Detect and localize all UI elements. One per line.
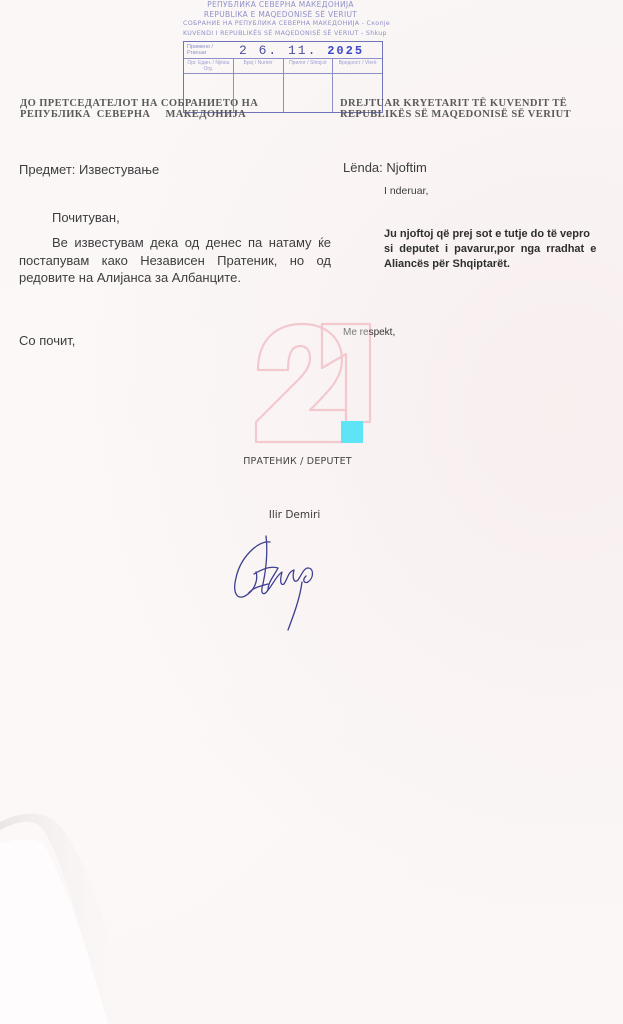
recipient-mk: ДО ПРЕТСЕДАТЕЛОТ НА СОБРАНИЕТО НА РЕПУБЛ…	[20, 98, 258, 120]
recipient-sq: DREJTUAR KRYETARIT TË KUVENDIT TË REPUBL…	[340, 98, 571, 120]
signatory-name-text: Ilir Demiri	[269, 509, 321, 521]
closing-sq-prefix: Me re	[343, 327, 369, 338]
recipient-mk-line: РЕПУБЛИКА СЕВЕРНА МАКЕДОНИЈА	[20, 109, 258, 120]
closing-sq: Me respekt,	[343, 327, 395, 338]
stamp-date-day-month: 2 6. 11.	[239, 43, 317, 58]
body-sq: Ju njoftoj që prej sot e tutje do të vep…	[384, 227, 596, 272]
greeting-mk: Почитуван,	[52, 210, 120, 225]
recipient-sq-line: DREJTUAR KRYETARIT TË KUVENDIT TË	[340, 98, 571, 109]
stamp-column-header: Вредност / Vlerë	[333, 59, 382, 73]
closing-sq-suffix: spekt,	[369, 327, 396, 338]
stamp-column-header: Орг. Един. / Njësia Org.	[184, 59, 234, 73]
signatory-role-text: ПРАТЕНИК / DEPUTET	[243, 456, 352, 467]
subject-sq: Lënda: Njoftim	[343, 160, 427, 175]
stamp-column-header: Број / Numër	[234, 59, 284, 73]
stamp-line: KUVENDI I REPUBLIKËS SË MAQEDONISË SË VE…	[183, 29, 378, 39]
stamp-column-header: Прилог / Shtojcë	[284, 59, 334, 73]
stamp-line: СОБРАНИЕ НА РЕПУБЛИКА СЕВЕРНА МАКЕДОНИЈА…	[183, 19, 378, 29]
body-mk: Ве известувам дека од денес па натаму ќе…	[19, 234, 331, 287]
stamp-date-year: 2025	[327, 44, 364, 58]
stamp-received-label: Примено / Pranuar	[184, 44, 231, 56]
body-mk-text: Ве известувам дека од денес па натаму ќе…	[19, 235, 331, 285]
page-fold-shadow	[0, 800, 623, 1024]
signatory-name: Ilir Demiri	[0, 509, 623, 521]
stamp-line: REPUBLIKA E MAQEDONISË SË VERIUT	[183, 10, 378, 20]
handwritten-signature	[228, 532, 338, 637]
registration-stamp: РЕПУБЛИКА СЕВЕРНА МАКЕДОНИЈА REPUBLIKA E…	[183, 0, 378, 113]
closing-mk: Со почит,	[19, 333, 75, 348]
body-sq-line: Ju njoftoj që prej sot e tutje do të vep…	[384, 227, 596, 242]
document-page: РЕПУБЛИКА СЕВЕРНА МАКЕДОНИЈА REPUBLIKA E…	[0, 0, 623, 1024]
stamp-date: 2 6. 11. 2025	[239, 43, 364, 58]
stamp-cell	[284, 74, 334, 112]
recipient-sq-line: REPUBLIKËS SË MAQEDONISË SË VERIUT	[340, 109, 571, 120]
body-sq-line: si deputet i pavarur,por nga rradhat e	[384, 242, 596, 257]
greeting-sq: I nderuar,	[384, 185, 428, 197]
stamp-line: РЕПУБЛИКА СЕВЕРНА МАКЕДОНИЈА	[183, 0, 378, 10]
subject-mk: Предмет: Известување	[19, 162, 159, 177]
body-sq-line: Aliancës për Shqiptarët.	[384, 257, 596, 272]
recipient-mk-line: ДО ПРЕТСЕДАТЕЛОТ НА СОБРАНИЕТО НА	[20, 98, 258, 109]
signatory-role: ПРАТЕНИК / DEPUTET	[0, 456, 623, 467]
